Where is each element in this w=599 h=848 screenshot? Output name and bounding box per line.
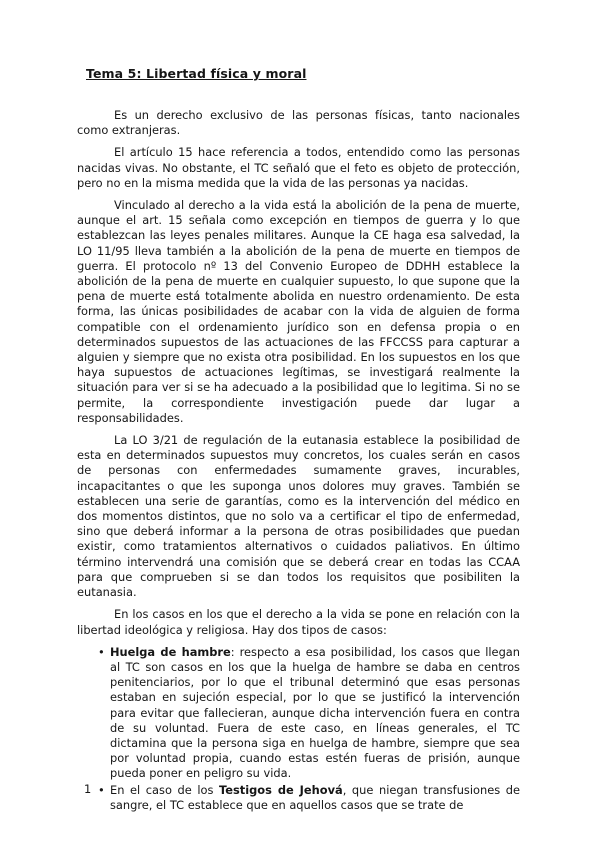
list-item-huelga-de-hambre: •Huelga de hambre: respecto a esa posibi… [98, 645, 520, 782]
paragraph-intro: Es un derecho exclusivo de las personas … [77, 108, 520, 138]
bullet-bold-term: Huelga de hambre [110, 645, 231, 659]
bullet-text: : respecto a esa posibilidad, los casos … [110, 645, 520, 781]
case-list: •Huelga de hambre: respecto a esa posibi… [77, 645, 520, 813]
bullet-bold-term: Testigos de Jehová [219, 783, 343, 797]
page-number: 1 [84, 782, 91, 797]
list-item-testigos-de-jehova: •En el caso de los Testigos de Jehová, q… [98, 783, 520, 813]
bullet-icon: • [98, 783, 105, 798]
paragraph-pena-de-muerte: Vinculado al derecho a la vida está la a… [77, 198, 520, 426]
paragraph-libertad-ideologica: En los casos en los que el derecho a la … [77, 607, 520, 637]
paragraph-eutanasia: La LO 3/21 de regulación de la eutanasia… [77, 433, 520, 600]
document-page: Tema 5: Libertad física y moral Es un de… [0, 0, 599, 848]
paragraph-articulo-15: El artículo 15 hace referencia a todos, … [77, 145, 520, 191]
document-title: Tema 5: Libertad física y moral [86, 66, 520, 81]
bullet-icon: • [98, 645, 105, 660]
bullet-text-lead: En el caso de los [110, 783, 219, 797]
